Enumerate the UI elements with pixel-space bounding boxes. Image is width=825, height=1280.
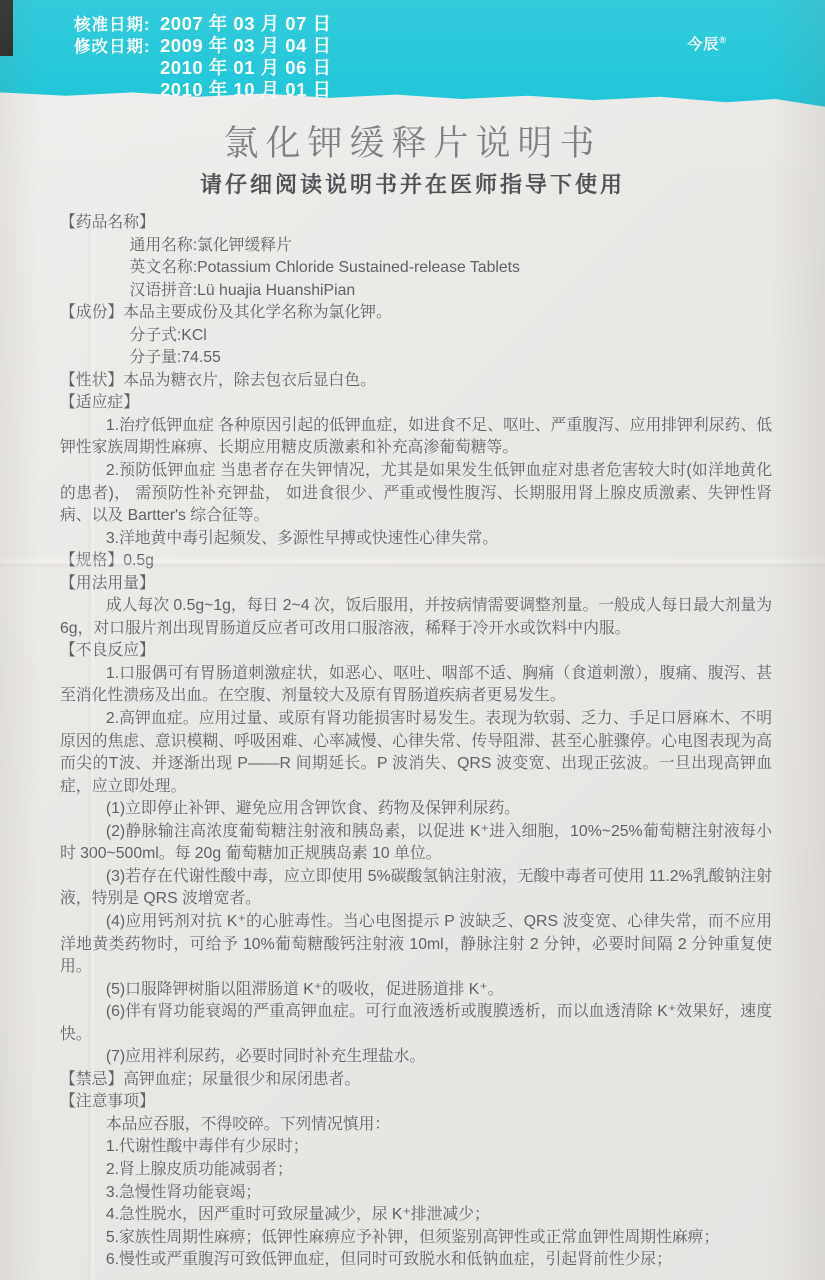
text-line: 1.代谢性酸中毒伴有少尿时； <box>60 1136 772 1159</box>
section-line: 【用法用量】 <box>60 573 772 596</box>
revision-date-row: 修改日期: 2009 年 03 月 04 日 <box>74 32 332 54</box>
dates-block: 核准日期: 2007 年 03 月 07 日 修改日期: 2009 年 03 月… <box>74 10 332 98</box>
text-line: 3.洋地黄中毒引起频发、多源性早搏或快速性心律失常。 <box>60 528 772 551</box>
section-line: 【性状】本品为糖衣片，除去包衣后显白色。 <box>60 370 772 393</box>
section-line: 【规格】0.5g <box>60 550 772 573</box>
text-line: (3)若存在代谢性酸中毒，应立即使用 5%碳酸氢钠注射液，无酸中毒者可使用 11… <box>60 866 772 911</box>
text-line: 本品应吞服，不得咬碎。下列情况慎用： <box>60 1114 772 1137</box>
text-line: 2.高钾血症。应用过量、或原有肾功能损害时易发生。表现为软弱、乏力、手足口唇麻木… <box>60 708 772 798</box>
text-line: 1.治疗低钾血症 各种原因引起的低钾血症，如进食不足、呕吐、严重腹泻、应用排钾利… <box>60 415 772 460</box>
text-line: 成人每次 0.5g~1g，每日 2~4 次，饭后服用，并按病情需要调整剂量。一般… <box>60 595 772 640</box>
text-line: 6.慢性或严重腹泻可致低钾血症，但同时可致脱水和低钠血症，引起肾前性少尿； <box>60 1249 772 1272</box>
text-line: 通用名称:氯化钾缓释片 <box>60 235 772 258</box>
revision-date-value: 2010 年 10 月 01 日 <box>160 76 332 102</box>
page-subtitle: 请仔细阅读说明书并在医师指导下使用 <box>0 168 825 199</box>
section-line: 【禁忌】高钾血症；尿量很少和尿闭患者。 <box>60 1069 772 1092</box>
revision-date-row: 2010 年 01 月 06 日 <box>74 54 332 76</box>
approval-date-label: 核准日期: <box>74 11 160 35</box>
text-line: (6)伴有肾功能衰竭的严重高钾血症。可行血液透析或腹膜透析，而以血透清除 K⁺效… <box>60 1001 772 1046</box>
brand-name: 今辰 <box>687 36 719 53</box>
photo-edge-strip <box>0 0 13 56</box>
section-line: 【成份】本品主要成份及其化学名称为氯化钾。 <box>60 302 772 325</box>
section-line: 【不良反应】 <box>60 640 772 663</box>
text-line: 2.肾上腺皮质功能减弱者； <box>60 1159 772 1182</box>
text-line: (2)静脉输注高浓度葡萄糖注射液和胰岛素，以促进 K⁺进入细胞，10%~25%葡… <box>60 821 772 866</box>
revision-date-label: 修改日期: <box>74 33 160 57</box>
text-line: 1.口服偶可有胃肠道刺激症状，如恶心、呕吐、咽部不适、胸痛（食道刺激），腹痛、腹… <box>60 663 772 708</box>
text-line: 分子式:KCl <box>60 325 772 348</box>
text-line: (7)应用袢利尿药，必要时同时补充生理盐水。 <box>60 1046 772 1069</box>
text-line: 4.急性脱水，因严重时可致尿量减少，尿 K⁺排泄减少； <box>60 1204 772 1227</box>
brand-logo: 今辰® <box>687 33 727 54</box>
section-line: 【药品名称】 <box>60 212 772 235</box>
text-line: 5.家族性周期性麻痹；低钾性麻痹应予补钾，但须鉴别高钾性或正常血钾性周期性麻痹； <box>60 1227 772 1250</box>
registered-trademark-icon: ® <box>719 35 727 45</box>
text-line: 汉语拼音:Lü huajia HuanshiPian <box>60 280 772 303</box>
text-line: (4)应用钙剂对抗 K⁺的心脏毒性。当心电图提示 P 波缺乏、QRS 波变宽、心… <box>60 911 772 979</box>
section-line: 【注意事项】 <box>60 1091 772 1114</box>
document-body: 【药品名称】通用名称:氯化钾缓释片英文名称:Potassium Chloride… <box>60 212 772 1272</box>
text-line: 分子量:74.55 <box>60 347 772 370</box>
page-title: 氯化钾缓释片说明书 <box>0 116 825 166</box>
text-line: (1)立即停止补钾、避免应用含钾饮食、药物及保钾利尿药。 <box>60 798 772 821</box>
text-line: 2.预防低钾血症 当患者存在失钾情况，尤其是如果发生低钾血症对患者危害较大时(如… <box>60 460 772 528</box>
text-line: 3.急慢性肾功能衰竭； <box>60 1182 772 1205</box>
text-line: 英文名称:Potassium Chloride Sustained-releas… <box>60 257 772 280</box>
revision-date-row: 2010 年 10 月 01 日 <box>74 76 332 98</box>
text-line: (5)口服降钾树脂以阻滞肠道 K⁺的吸收，促进肠道排 K⁺。 <box>60 979 772 1002</box>
section-line: 【适应症】 <box>60 392 772 415</box>
approval-date-row: 核准日期: 2007 年 03 月 07 日 <box>74 10 332 32</box>
